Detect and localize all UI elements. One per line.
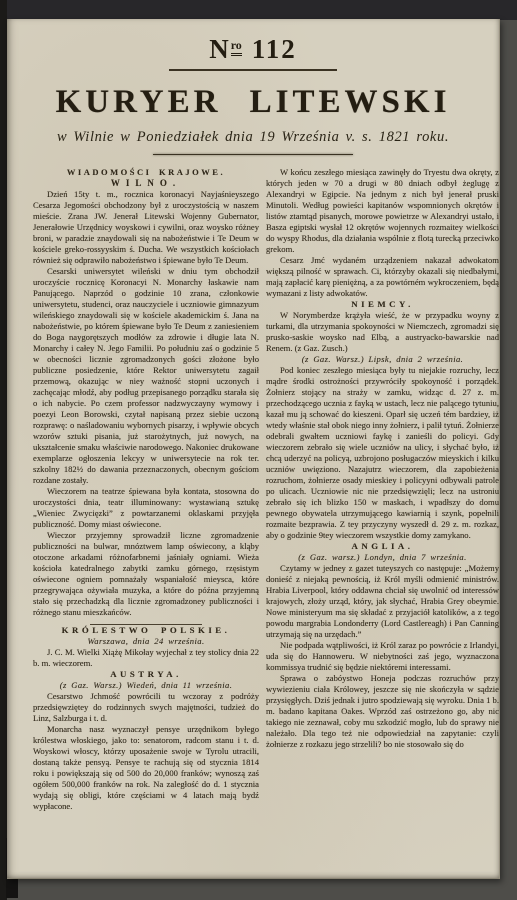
scanner-top-band: [0, 0, 517, 20]
article-paragraph: Wieczorem na teatrze śpiewana była konta…: [33, 486, 259, 530]
article-paragraph: Czytamy w jedney z gazet tuteyszych co n…: [266, 563, 499, 640]
left-column: WIADOMOŚCI KRAJOWE. WILNO. Dzień 15ty t.…: [33, 167, 259, 812]
article-paragraph: Pod koniec zeszłego miesiąca były tu nie…: [266, 365, 499, 541]
article-paragraph: Dzień 15ty t. m., rocznica koronacyi Nay…: [33, 189, 259, 266]
warszawa-dateline: Warszawa, dnia 24 września.: [33, 636, 259, 647]
newspaper-title: KURYER LITEWSKI: [7, 84, 499, 120]
issue-number: 112: [252, 34, 297, 64]
article-columns: WIADOMOŚCI KRAJOWE. WILNO. Dzień 15ty t.…: [7, 155, 499, 812]
article-paragraph: Cesarski uniwersytet wileński w dniu tym…: [33, 266, 259, 486]
masthead: Nro112 KURYER LITEWSKI w Wilnie w Ponied…: [7, 30, 499, 155]
section-heading-niemcy: NIEMCY.: [266, 299, 499, 310]
article-paragraph: Cesarz Jmć wydaném urządzeniem nakazał a…: [266, 255, 499, 299]
section-heading-krolestwo-polskie: KRÓLESTWO POLSKIE.: [33, 625, 259, 636]
scan-left-edge: [0, 0, 7, 900]
article-paragraph: Monarcha nasz wyznaczył pensye urzędniko…: [33, 724, 259, 812]
right-column: W końcu zeszłego miesiąca zawinęły do Tr…: [266, 167, 499, 750]
lipsk-dateline: (z Gaz. Warsz.) Lipsk, dnia 2 września.: [266, 354, 499, 365]
article-paragraph: Sprawa o zabóystwo Honeja podczas rozruc…: [266, 673, 499, 750]
section-heading-wilno: WILNO.: [33, 178, 259, 189]
newspaper-page: Nro112 KURYER LITEWSKI w Wilnie w Ponied…: [7, 19, 500, 879]
wieden-dateline: (z Gaz. Warsz.) Wiedeń, dnia 11 września…: [33, 680, 259, 691]
masthead-dateline: w Wilnie w Poniedziałek dnia 19 Września…: [7, 129, 499, 146]
londyn-dateline: (z Gaz. warsz.) Londyn, dnia 7 września.: [266, 552, 499, 563]
section-heading-wiadomosci-krajowe: WIADOMOŚCI KRAJOWE.: [33, 167, 259, 178]
issue-number-line: Nro112: [7, 30, 499, 64]
article-paragraph: J. C. M. Wielki Xiążę Mikołay wyjechał z…: [33, 647, 259, 669]
article-paragraph: Cesarstwo Jchmość powrócili tu wczoray z…: [33, 691, 259, 724]
issue-superscript: ro: [231, 38, 242, 56]
section-heading-anglia: ANGLIA.: [266, 541, 499, 552]
issue-label: N: [209, 34, 231, 64]
article-paragraph: Wieczor przyjemny sprowadził liczne zgro…: [33, 530, 259, 618]
article-paragraph: Nie podpada wątpliwości, iż Król zaraz p…: [266, 640, 499, 673]
section-heading-austrya: AUSTRYA.: [33, 669, 259, 680]
article-paragraph: W Norymberdze krążyła wieść, że w przypa…: [266, 310, 499, 354]
article-paragraph: W końcu zeszłego miesiąca zawinęły do Tr…: [266, 167, 499, 255]
issue-divider-rule: [169, 69, 337, 71]
